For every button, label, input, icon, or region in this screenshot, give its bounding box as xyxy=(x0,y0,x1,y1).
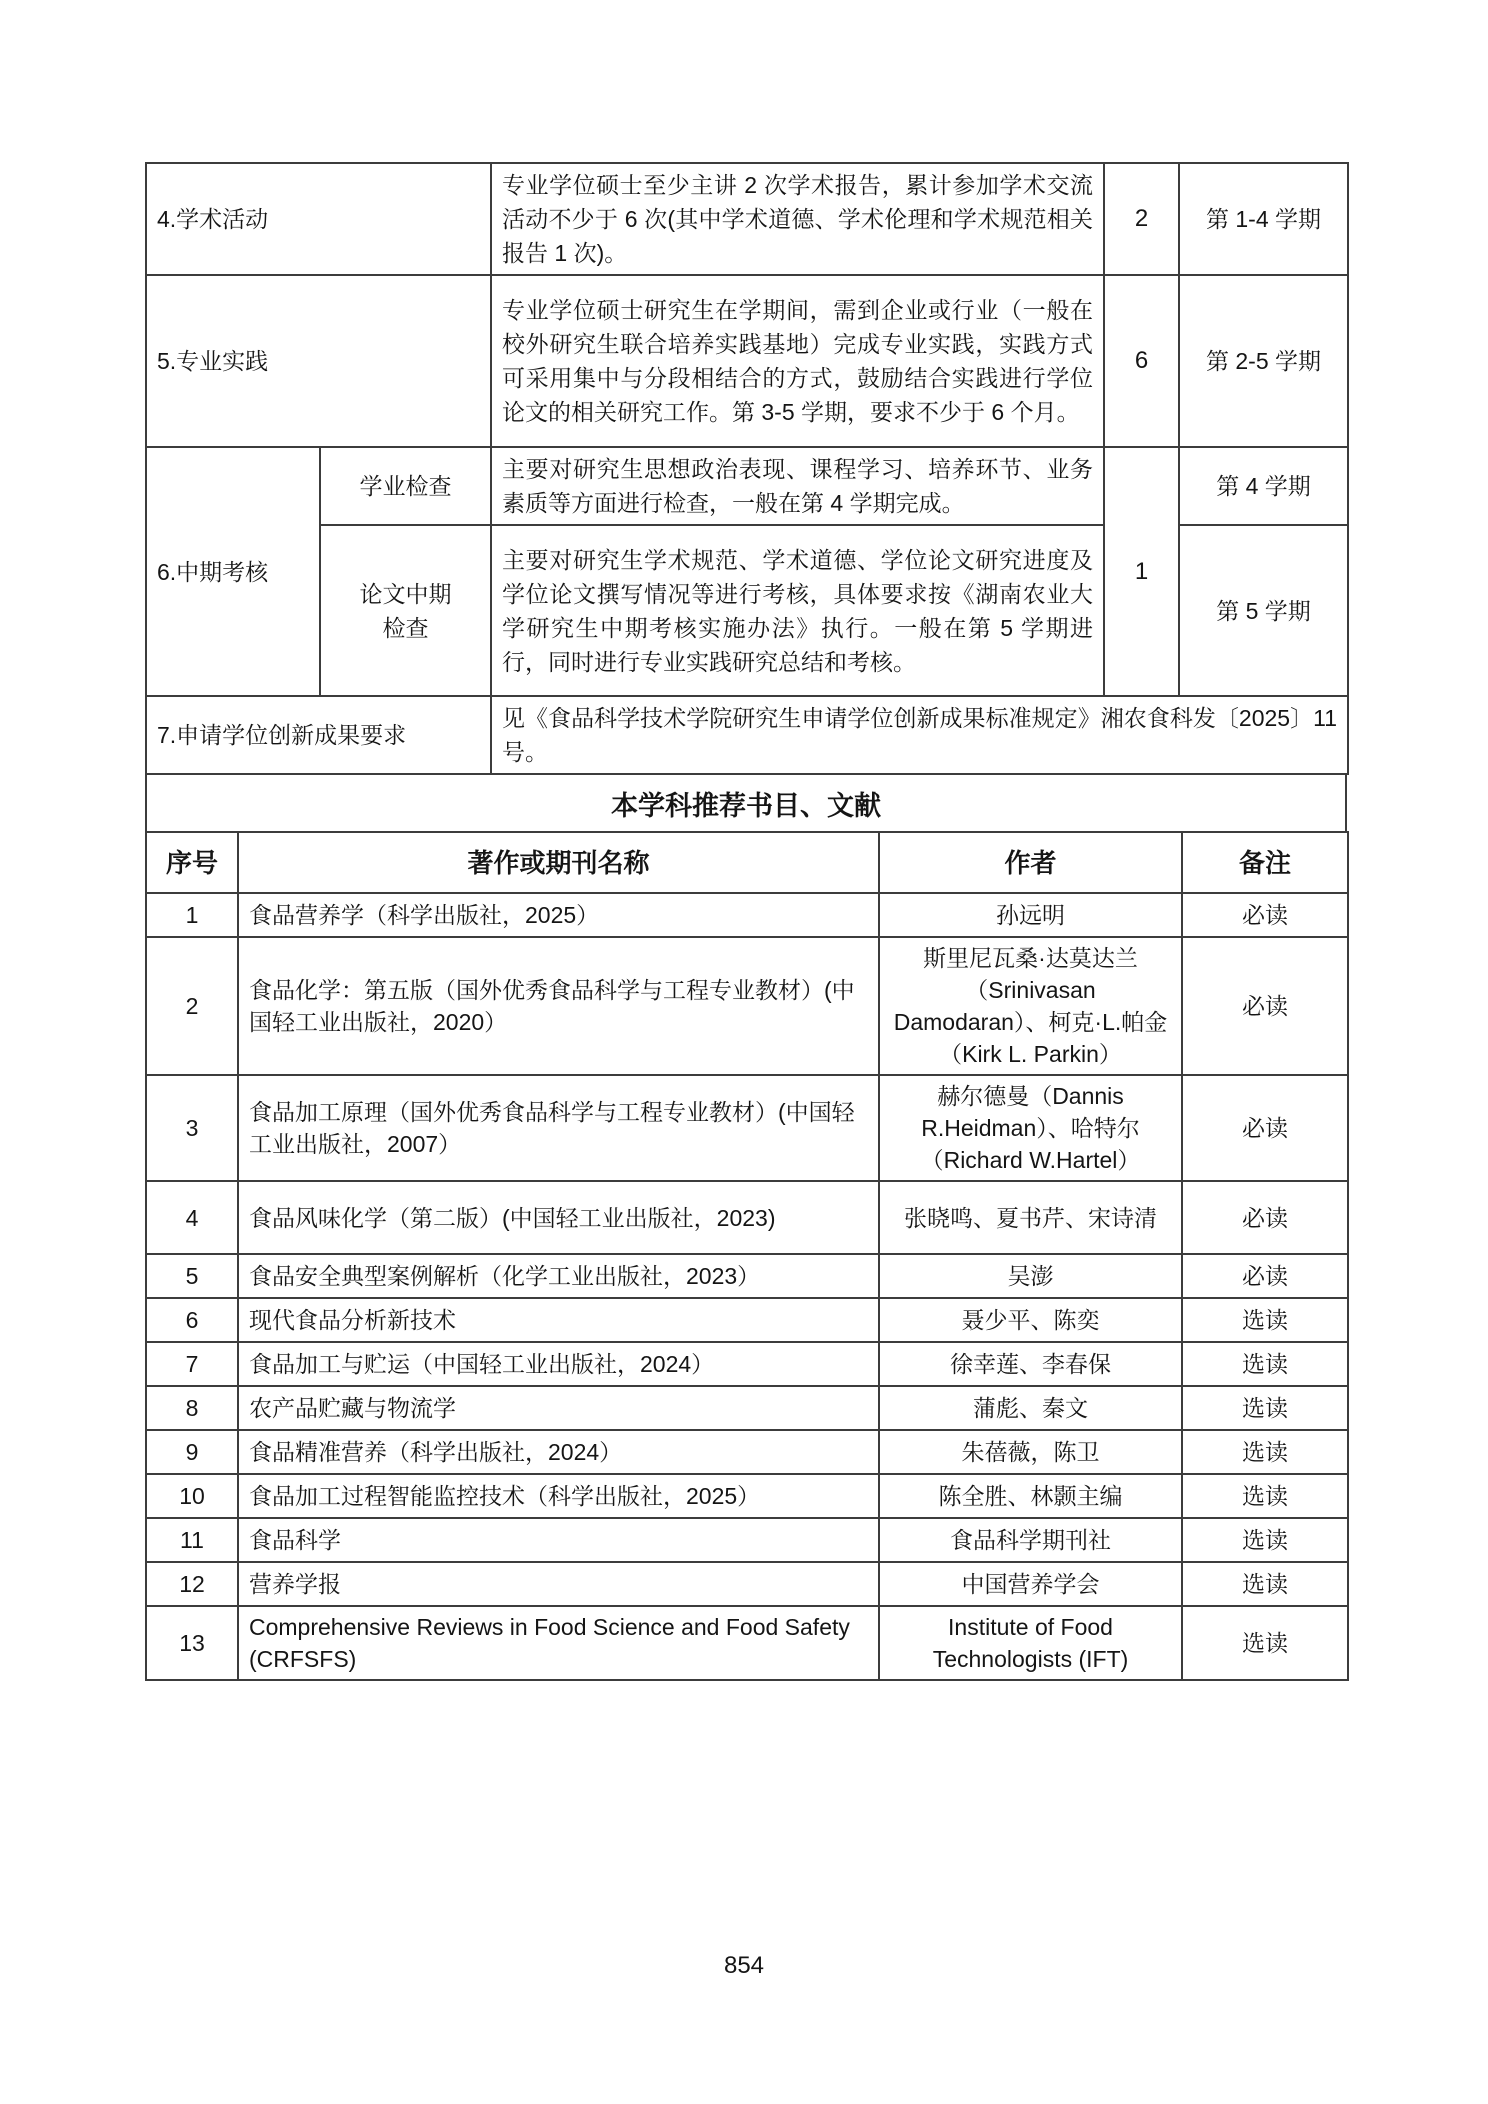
book-author: 蒲彪、秦文 xyxy=(879,1386,1182,1430)
row-label-practice: 5.专业实践 xyxy=(146,275,491,447)
book-row: 5 食品安全典型案例解析（化学工业出版社，2023） 吴澎 必读 xyxy=(146,1254,1348,1298)
midterm-sub-academic-check: 学业检查 xyxy=(320,447,491,525)
book-note: 选读 xyxy=(1182,1342,1348,1386)
books-header-title: 著作或期刊名称 xyxy=(238,832,879,893)
book-note: 必读 xyxy=(1182,1181,1348,1254)
books-header-row: 序号 著作或期刊名称 作者 备注 xyxy=(146,832,1348,893)
row-semester-practice: 第 2-5 学期 xyxy=(1179,275,1348,447)
row-desc-academic-activity: 专业学位硕士至少主讲 2 次学术报告，累计参加学术交流活动不少于 6 次(其中学… xyxy=(491,163,1104,275)
book-title: Comprehensive Reviews in Food Science an… xyxy=(238,1606,879,1680)
book-title: 食品精准营养（科学出版社，2024） xyxy=(238,1430,879,1474)
table-row: 5.专业实践 专业学位硕士研究生在学期间，需到企业或行业（一般在校外研究生联合培… xyxy=(146,275,1348,447)
recommended-books-section-title: 本学科推荐书目、文献 xyxy=(145,775,1347,833)
books-header-note: 备注 xyxy=(1182,832,1348,893)
book-title: 食品安全典型案例解析（化学工业出版社，2023） xyxy=(238,1254,879,1298)
book-note: 必读 xyxy=(1182,1254,1348,1298)
book-row: 11 食品科学 食品科学期刊社 选读 xyxy=(146,1518,1348,1562)
book-title: 食品加工过程智能监控技术（科学出版社，2025） xyxy=(238,1474,879,1518)
training-table: 4.学术活动 专业学位硕士至少主讲 2 次学术报告，累计参加学术交流活动不少于 … xyxy=(145,162,1349,775)
book-author: 吴澎 xyxy=(879,1254,1182,1298)
book-author: Institute of Food Technologists (IFT) xyxy=(879,1606,1182,1680)
row-label-academic-activity: 4.学术活动 xyxy=(146,163,491,275)
book-row: 4 食品风味化学（第二版）(中国轻工业出版社，2023) 张晓鸣、夏书芹、宋诗清… xyxy=(146,1181,1348,1254)
book-row: 8 农产品贮藏与物流学 蒲彪、秦文 选读 xyxy=(146,1386,1348,1430)
book-note: 选读 xyxy=(1182,1518,1348,1562)
book-index: 13 xyxy=(146,1606,238,1680)
book-note: 选读 xyxy=(1182,1298,1348,1342)
book-row: 12 营养学报 中国营养学会 选读 xyxy=(146,1562,1348,1606)
book-row: 1 食品营养学（科学出版社，2025） 孙远明 必读 xyxy=(146,893,1348,937)
book-author: 斯里尼瓦桑·达莫达兰（Srinivasan Damodaran）、柯克·L.帕金… xyxy=(879,937,1182,1075)
midterm-sub-thesis-check: 论文中期 检查 xyxy=(320,525,491,696)
book-note: 选读 xyxy=(1182,1386,1348,1430)
book-title: 营养学报 xyxy=(238,1562,879,1606)
book-note: 选读 xyxy=(1182,1562,1348,1606)
book-row: 3 食品加工原理（国外优秀食品科学与工程专业教材）(中国轻工业出版社，2007）… xyxy=(146,1075,1348,1181)
book-index: 12 xyxy=(146,1562,238,1606)
book-row: 9 食品精准营养（科学出版社，2024） 朱蓓薇，陈卫 选读 xyxy=(146,1430,1348,1474)
book-index: 3 xyxy=(146,1075,238,1181)
book-title: 农产品贮藏与物流学 xyxy=(238,1386,879,1430)
book-title: 食品加工与贮运（中国轻工业出版社，2024） xyxy=(238,1342,879,1386)
row-desc-practice: 专业学位硕士研究生在学期间，需到企业或行业（一般在校外研究生联合培养实践基地）完… xyxy=(491,275,1104,447)
book-author: 徐幸莲、李春保 xyxy=(879,1342,1182,1386)
midterm-desc-academic-check: 主要对研究生思想政治表现、课程学习、培养环节、业务素质等方面进行检查，一般在第 … xyxy=(491,447,1104,525)
book-author: 赫尔德曼（Dannis R.Heidman）、哈特尔（Richard W.Har… xyxy=(879,1075,1182,1181)
book-row: 7 食品加工与贮运（中国轻工业出版社，2024） 徐幸莲、李春保 选读 xyxy=(146,1342,1348,1386)
book-row: 10 食品加工过程智能监控技术（科学出版社，2025） 陈全胜、林颢主编 选读 xyxy=(146,1474,1348,1518)
book-title: 食品加工原理（国外优秀食品科学与工程专业教材）(中国轻工业出版社，2007） xyxy=(238,1075,879,1181)
book-note: 选读 xyxy=(1182,1606,1348,1680)
book-index: 9 xyxy=(146,1430,238,1474)
row-semester-academic-activity: 第 1-4 学期 xyxy=(1179,163,1348,275)
table-row: 7.申请学位创新成果要求 见《食品科学技术学院研究生申请学位创新成果标准规定》湘… xyxy=(146,696,1348,774)
page-number: 854 xyxy=(0,1952,1488,1980)
book-row: 2 食品化学：第五版（国外优秀食品科学与工程专业教材）(中国轻工业出版社，202… xyxy=(146,937,1348,1075)
row-label-innovation: 7.申请学位创新成果要求 xyxy=(146,696,491,774)
book-index: 11 xyxy=(146,1518,238,1562)
book-title: 食品化学：第五版（国外优秀食品科学与工程专业教材）(中国轻工业出版社，2020） xyxy=(238,937,879,1075)
book-title: 食品营养学（科学出版社，2025） xyxy=(238,893,879,937)
book-note: 必读 xyxy=(1182,937,1348,1075)
book-author: 陈全胜、林颢主编 xyxy=(879,1474,1182,1518)
row-credits-midterm: 1 xyxy=(1104,447,1179,696)
book-note: 选读 xyxy=(1182,1430,1348,1474)
midterm-semester-academic-check: 第 4 学期 xyxy=(1179,447,1348,525)
row-label-midterm: 6.中期考核 xyxy=(146,447,320,696)
books-table: 序号 著作或期刊名称 作者 备注 1 食品营养学（科学出版社，2025） 孙远明… xyxy=(145,831,1349,1681)
book-row: 13 Comprehensive Reviews in Food Science… xyxy=(146,1606,1348,1680)
row-credits-academic-activity: 2 xyxy=(1104,163,1179,275)
book-note: 必读 xyxy=(1182,893,1348,937)
book-title: 食品风味化学（第二版）(中国轻工业出版社，2023) xyxy=(238,1181,879,1254)
midterm-semester-thesis-check: 第 5 学期 xyxy=(1179,525,1348,696)
book-index: 4 xyxy=(146,1181,238,1254)
book-author: 孙远明 xyxy=(879,893,1182,937)
book-author: 朱蓓薇，陈卫 xyxy=(879,1430,1182,1474)
book-author: 食品科学期刊社 xyxy=(879,1518,1182,1562)
book-index: 10 xyxy=(146,1474,238,1518)
books-header-author: 作者 xyxy=(879,832,1182,893)
book-title: 食品科学 xyxy=(238,1518,879,1562)
training-plan-document: 4.学术活动 专业学位硕士至少主讲 2 次学术报告，累计参加学术交流活动不少于 … xyxy=(145,162,1347,1681)
midterm-desc-thesis-check: 主要对研究生学术规范、学术道德、学位论文研究进度及学位论文撰写情况等进行考核，具… xyxy=(491,525,1104,696)
book-title: 现代食品分析新技术 xyxy=(238,1298,879,1342)
books-header-index: 序号 xyxy=(146,832,238,893)
book-index: 1 xyxy=(146,893,238,937)
book-index: 6 xyxy=(146,1298,238,1342)
book-author: 聂少平、陈奕 xyxy=(879,1298,1182,1342)
book-note: 选读 xyxy=(1182,1474,1348,1518)
book-index: 7 xyxy=(146,1342,238,1386)
book-index: 2 xyxy=(146,937,238,1075)
book-index: 8 xyxy=(146,1386,238,1430)
book-note: 必读 xyxy=(1182,1075,1348,1181)
book-row: 6 现代食品分析新技术 聂少平、陈奕 选读 xyxy=(146,1298,1348,1342)
table-row: 6.中期考核 学业检查 主要对研究生思想政治表现、课程学习、培养环节、业务素质等… xyxy=(146,447,1348,525)
book-author: 中国营养学会 xyxy=(879,1562,1182,1606)
book-index: 5 xyxy=(146,1254,238,1298)
table-row: 4.学术活动 专业学位硕士至少主讲 2 次学术报告，累计参加学术交流活动不少于 … xyxy=(146,163,1348,275)
row-desc-innovation: 见《食品科学技术学院研究生申请学位创新成果标准规定》湘农食科发〔2025〕11 … xyxy=(491,696,1348,774)
row-credits-practice: 6 xyxy=(1104,275,1179,447)
book-author: 张晓鸣、夏书芹、宋诗清 xyxy=(879,1181,1182,1254)
